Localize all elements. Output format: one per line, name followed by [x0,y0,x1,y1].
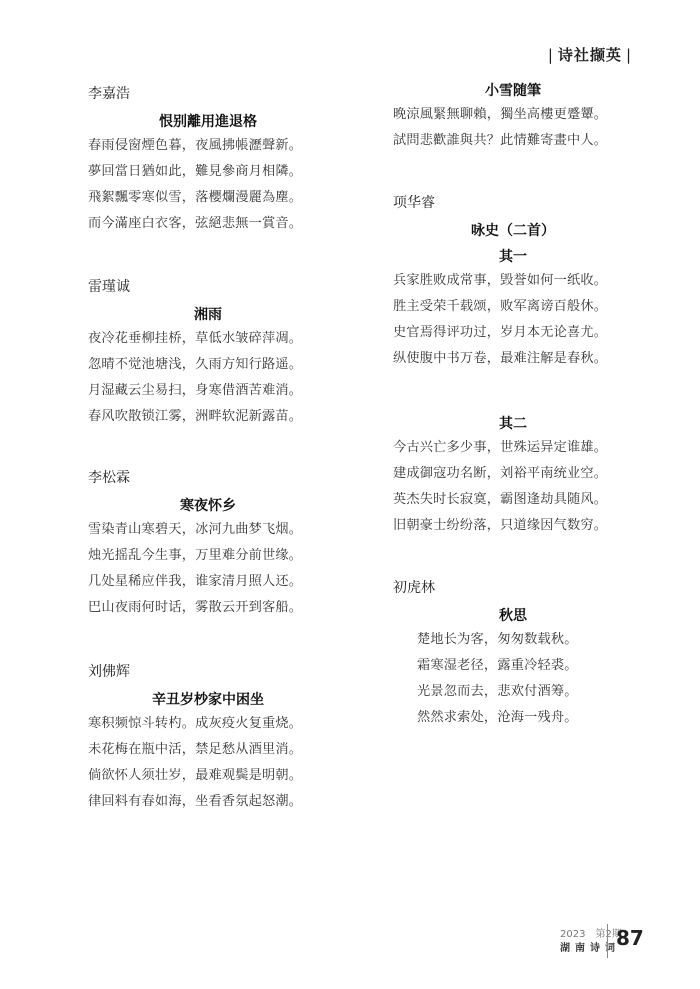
poem-author: 李嘉浩 [88,84,328,104]
poem-block-continued: 小雪随筆 晚涼風緊無聊賴，獨坐高樓更蹙顰。 試問悲歡誰與共？此情難寄畫中人。 [393,80,633,154]
poem-line: 英杰失时长寂寞，霸图逢劫具随风。 [393,487,633,513]
poem-block: 初虎林 秋思 楚地长为客，匆匆数载秋。 霜寒湿老径，露重冷轻裘。 光景忽而去，悲… [393,578,633,731]
poem-line: 建成御寇功名断，刘裕平南统业空。 [393,461,633,487]
poem-line: 旧朝豪士纷纷落，只道缘因气数穷。 [393,513,633,539]
poem-line: 而今滿座白衣客，弦絕悲無一賞音。 [88,211,328,237]
poem-line: 胜主受荣千载颂，败军离谤百般休。 [393,294,633,320]
footer-divider [607,924,608,958]
divider: | [548,46,554,64]
poem-line: 春雨侵窗煙色暮，夜風拂帳瀝聲新。 [88,133,328,159]
poem-author: 李松霖 [88,468,328,488]
poem-line: 然然求索处，沧海一残舟。 [393,705,633,731]
poem-line: 纵使腹中书万卷，最难注解是春秋。 [393,346,633,372]
poem-line: 今古兴亡多少事，世殊运异定谁雄。 [393,435,633,461]
poem-subtitle: 其二 [393,413,633,435]
section-tag-label: 诗社撷英 [558,46,622,64]
poem-line: 倘欲怀人须壮岁，最难观鬓是明朝。 [88,763,328,789]
poem-line: 晚涼風緊無聊賴，獨坐高樓更蹙顰。 [393,102,633,128]
poem-title: 恨别離用進退格 [88,111,328,133]
poem-line: 雪染青山寒碧天，冰河九曲梦飞烟。 [88,517,328,543]
poem-block: 李嘉浩 恨别離用進退格 春雨侵窗煙色暮，夜風拂帳瀝聲新。 夢回當日猶如此，難見參… [88,84,328,237]
poem-title: 湘雨 [88,304,328,326]
divider: | [626,46,632,64]
poem-line: 試問悲歡誰與共？此情難寄畫中人。 [393,128,633,154]
poem-line: 夜冷花垂柳挂桥，草低水皱碎萍凋。 [88,326,328,352]
poem-line: 律回料有春如海，坐看香氛起怒潮。 [88,789,328,815]
journal-name: 湖南诗词 [560,942,622,956]
poem-line: 春风吹散锁江雾，洲畔软泥新露苗。 [88,404,328,430]
footer-issue-info: 2023 第2期 湖南诗词 [560,928,622,956]
poem-line: 巴山夜雨何时话，雾散云开到客船。 [88,595,328,621]
poem-line: 霜寒湿老径，露重冷轻裘。 [393,653,633,679]
poem-line: 忽晴不觉池塘浅，久雨方知行路遥。 [88,352,328,378]
poem-author: 雷瑾诚 [88,277,328,297]
poem-block: 刘佛辉 辛丑岁杪家中困坐 寒积频惊斗转杓。成灰疫火复重烧。 未花梅在瓶中活，禁足… [88,662,328,815]
poem-line: 楚地长为客，匆匆数载秋。 [393,627,633,653]
poem-subtitle: 其一 [393,246,633,268]
poem-block: 李松霖 寒夜怀乡 雪染青山寒碧天，冰河九曲梦飞烟。 烛光摇乱今生事，万里难分前世… [88,468,328,621]
poem-title: 咏史（二首） [393,220,633,242]
poem-line: 几处星稀应伴我，谁家清月照人还。 [88,569,328,595]
poem-line: 史官焉得评功过，岁月本无论喜尤。 [393,320,633,346]
poem-title: 寒夜怀乡 [88,495,328,517]
poem-part: 其二 今古兴亡多少事，世殊运异定谁雄。 建成御寇功名断，刘裕平南统业空。 英杰失… [393,409,633,539]
poem-line: 飛絮飄零寒似雪，落櫻爛漫麗為塵。 [88,185,328,211]
poem-line: 烛光摇乱今生事，万里难分前世缘。 [88,543,328,569]
poem-author: 项华睿 [393,193,633,213]
poem-line: 寒积频惊斗转杓。成灰疫火复重烧。 [88,711,328,737]
poem-block: 雷瑾诚 湘雨 夜冷花垂柳挂桥，草低水皱碎萍凋。 忽晴不觉池塘浅，久雨方知行路遥。… [88,277,328,430]
poem-title: 秋思 [393,605,633,627]
poem-line: 光景忽而去，悲欢付酒筹。 [393,679,633,705]
issue-label: 2023 第2期 [560,928,622,942]
poem-title: 小雪随筆 [393,80,633,102]
page-number: 87 [616,926,644,950]
section-tag: |诗社撷英| [544,44,636,65]
poem-line: 未花梅在瓶中活，禁足愁从酒里消。 [88,737,328,763]
poem-title: 辛丑岁杪家中困坐 [88,689,328,711]
poem-line: 兵家胜败成常事，毁誉如何一纸收。 [393,268,633,294]
poem-author: 初虎林 [393,578,633,598]
poem-line: 月湿藏云尘易扫，身寒借酒苦难消。 [88,378,328,404]
poem-author: 刘佛辉 [88,662,328,682]
poem-line: 夢回當日猶如此，難見參商月相隣。 [88,159,328,185]
poem-block: 项华睿 咏史（二首） 其一 兵家胜败成常事，毁誉如何一纸收。 胜主受荣千载颂，败… [393,193,633,372]
